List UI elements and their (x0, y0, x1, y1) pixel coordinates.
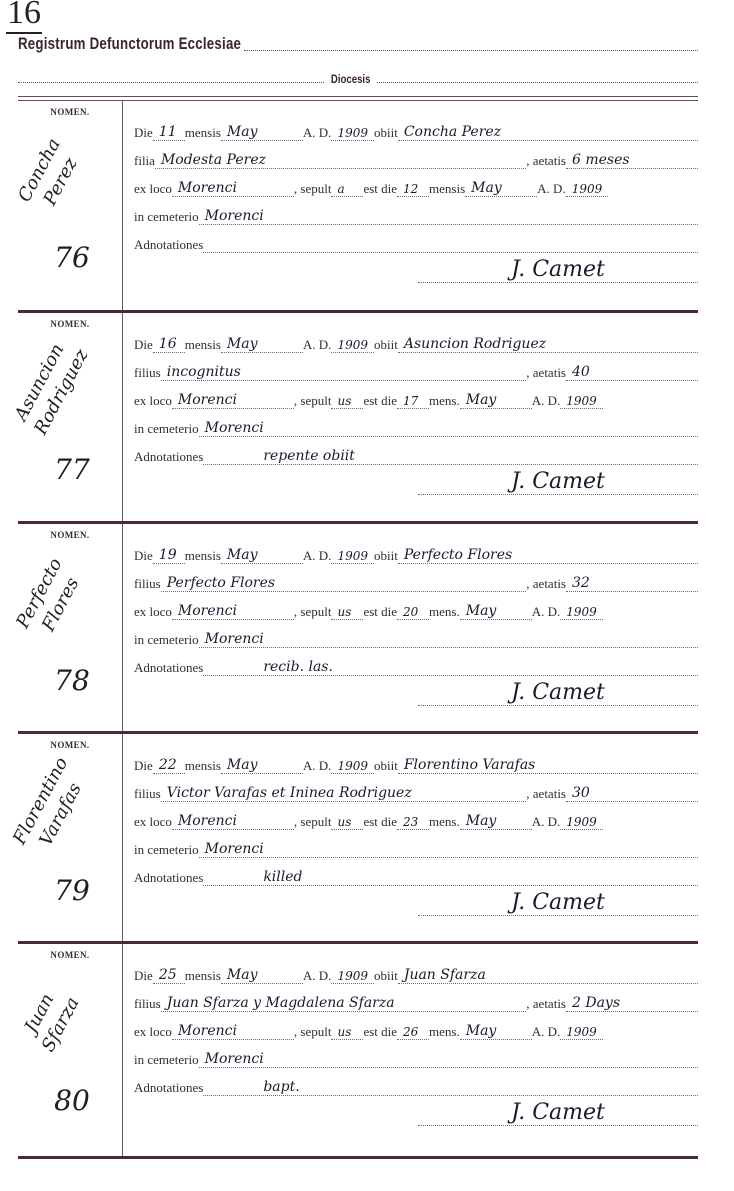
sepult-suffix: us (331, 815, 363, 830)
entry-number: 76 (32, 241, 112, 274)
relation-label: filius (134, 996, 161, 1012)
nomen-column: NOMEN. Juan Sfarza 80 (18, 944, 123, 1156)
nomen-label: NOMEN. (18, 530, 122, 540)
burial-mens-label: mens. (429, 814, 460, 830)
parents-value: Perfecto Flores (161, 575, 527, 592)
signature-row: J. Camet (134, 676, 698, 706)
cemetery-line: in cemeterio Morenci (134, 1040, 698, 1068)
burial-mens-label: mensis (429, 181, 465, 197)
priest-signature: J. Camet (418, 680, 698, 706)
place-value: Morenci (172, 392, 294, 409)
sepult-suffix: a (331, 182, 363, 197)
margin-name: Perfecto Flores (8, 548, 93, 650)
nomen-label: NOMEN. (18, 740, 122, 750)
burial-month-value: May (460, 603, 532, 620)
place-value: Morenci (172, 813, 294, 830)
death-date-line: Die 11 mensis May A. D. 1909 obiit Conch… (134, 113, 698, 141)
signature-row: J. Camet (134, 253, 698, 283)
entry-number: 80 (32, 1084, 112, 1117)
adnotationes-label: Adnotationes (134, 1080, 203, 1096)
signature-row: J. Camet (134, 465, 698, 495)
entry-form: Die 25 mensis May A. D. 1909 obiit Juan … (134, 956, 698, 1126)
burial-day-value: 17 (397, 394, 429, 409)
mensis-label: mensis (185, 758, 221, 774)
cemeterio-label: in cemeterio (134, 209, 199, 225)
parents-line: filius Victor Varafas et Ininea Rodrigue… (134, 774, 698, 802)
obiit-label: obiit (374, 125, 398, 141)
die-label: Die (134, 758, 153, 774)
burial-month-value: May (460, 813, 532, 830)
cemetery-value: Morenci (199, 420, 698, 437)
parents-value: Juan Sfarza y Magdalena Sfarza (161, 995, 527, 1012)
margin-name: Juan Sfarza (8, 968, 93, 1070)
mensis-label: mensis (185, 548, 221, 564)
burial-ad-label: A. D. (532, 604, 561, 620)
adnotationes-label: Adnotationes (134, 449, 203, 465)
annotations-value: recib. las. (203, 659, 698, 676)
entry-form: Die 16 mensis May A. D. 1909 obiit Asunc… (134, 325, 698, 495)
burial-ad-label: A. D. (537, 181, 566, 197)
burial-day-value: 12 (397, 182, 429, 197)
sepult-label: , sepult (294, 604, 332, 620)
death-day-value: 16 (153, 336, 185, 353)
priest-signature: J. Camet (418, 257, 698, 283)
die-label: Die (134, 125, 153, 141)
parents-value: incognitus (161, 364, 527, 381)
parents-value: Victor Varafas et Ininea Rodriguez (161, 785, 527, 802)
est-die-label: est die (363, 393, 397, 409)
age-value: 32 (566, 575, 698, 592)
mensis-label: mensis (185, 337, 221, 353)
annotations-line: Adnotationes repente obiit (134, 437, 698, 465)
burial-day-value: 20 (397, 605, 429, 620)
parents-value: Modesta Perez (155, 152, 526, 169)
relation-label: filius (134, 786, 161, 802)
burial-month-value: May (460, 1023, 532, 1040)
place-value: Morenci (172, 603, 294, 620)
priest-signature: J. Camet (418, 469, 698, 495)
mensis-label: mensis (185, 968, 221, 984)
nomen-column: NOMEN. Perfecto Flores 78 (18, 524, 123, 731)
death-entry: NOMEN. Perfecto Flores 78 Die 19 mensis … (18, 524, 698, 734)
cemetery-line: in cemeterio Morenci (134, 197, 698, 225)
entry-number: 78 (32, 664, 112, 697)
ad-label: A. D. (303, 337, 332, 353)
death-month-value: May (221, 547, 303, 564)
diocese-row: Diocesis (18, 72, 698, 86)
parents-line: filius Perfecto Flores , aetatis 32 (134, 564, 698, 592)
signature-row: J. Camet (134, 1096, 698, 1126)
deceased-name-value: Asuncion Rodriguez (398, 336, 698, 353)
ad-label: A. D. (303, 758, 332, 774)
relation-label: filius (134, 365, 161, 381)
aetatis-label: , aetatis (526, 153, 566, 169)
burial-year-value: 1909 (560, 815, 603, 830)
parents-line: filia Modesta Perez , aetatis 6 meses (134, 141, 698, 169)
death-year-value: 1909 (331, 549, 374, 564)
burial-ad-label: A. D. (532, 1024, 561, 1040)
burial-ad-label: A. D. (532, 393, 561, 409)
ex-loco-label: ex loco (134, 604, 172, 620)
death-entry: NOMEN. Florentino Varafas 79 Die 22 mens… (18, 734, 698, 944)
burial-year-value: 1909 (566, 182, 609, 197)
nomen-column: NOMEN. Florentino Varafas 79 (18, 734, 123, 941)
burial-mens-label: mens. (429, 393, 460, 409)
death-date-line: Die 16 mensis May A. D. 1909 obiit Asunc… (134, 325, 698, 353)
obiit-label: obiit (374, 548, 398, 564)
est-die-label: est die (363, 604, 397, 620)
obiit-label: obiit (374, 337, 398, 353)
cemeterio-label: in cemeterio (134, 842, 199, 858)
sepult-suffix: us (331, 1025, 363, 1040)
cemetery-value: Morenci (199, 208, 698, 225)
annotations-line: Adnotationes bapt. (134, 1068, 698, 1096)
death-date-line: Die 25 mensis May A. D. 1909 obiit Juan … (134, 956, 698, 984)
burial-month-value: May (465, 180, 537, 197)
entry-divider (18, 1156, 698, 1159)
relation-label: filius (134, 576, 161, 592)
death-entry: NOMEN. Concha Perez 76 Die 11 mensis May… (18, 101, 698, 313)
death-entry: NOMEN. Asuncion Rodriguez 77 Die 16 mens… (18, 313, 698, 524)
place-value: Morenci (172, 180, 294, 197)
est-die-label: est die (363, 814, 397, 830)
sepult-label: , sepult (294, 181, 332, 197)
burial-ad-label: A. D. (532, 814, 561, 830)
deceased-name-value: Perfecto Flores (398, 547, 698, 564)
page-number: 16 (6, 0, 42, 34)
cemeterio-label: in cemeterio (134, 632, 199, 648)
burial-day-value: 23 (397, 815, 429, 830)
cemetery-value: Morenci (199, 841, 698, 858)
burial-line: ex loco Morenci , sepult us est die 20 m… (134, 592, 698, 620)
death-year-value: 1909 (331, 338, 374, 353)
ex-loco-label: ex loco (134, 1024, 172, 1040)
place-value: Morenci (172, 1023, 294, 1040)
deceased-name-value: Juan Sfarza (398, 967, 698, 984)
annotations-value (203, 252, 698, 253)
ad-label: A. D. (303, 125, 332, 141)
annotations-value: repente obiit (203, 448, 698, 465)
priest-signature: J. Camet (418, 890, 698, 916)
nomen-column: NOMEN. Asuncion Rodriguez 77 (18, 313, 123, 521)
death-year-value: 1909 (331, 759, 374, 774)
diocese-field-trail (377, 82, 698, 83)
death-month-value: May (221, 757, 303, 774)
death-date-line: Die 19 mensis May A. D. 1909 obiit Perfe… (134, 536, 698, 564)
est-die-label: est die (363, 1024, 397, 1040)
burial-year-value: 1909 (560, 394, 603, 409)
die-label: Die (134, 548, 153, 564)
die-label: Die (134, 968, 153, 984)
sepult-label: , sepult (294, 393, 332, 409)
cemeterio-label: in cemeterio (134, 1052, 199, 1068)
adnotationes-label: Adnotationes (134, 660, 203, 676)
est-die-label: est die (363, 181, 397, 197)
register-title-row: Registrum Defunctorum Ecclesiae (18, 34, 698, 54)
sepult-label: , sepult (294, 1024, 332, 1040)
death-month-value: May (221, 967, 303, 984)
aetatis-label: , aetatis (526, 365, 566, 381)
annotations-line: Adnotationes (134, 225, 698, 253)
burial-line: ex loco Morenci , sepult us est die 17 m… (134, 381, 698, 409)
diocese-field (18, 82, 324, 83)
burial-year-value: 1909 (560, 605, 603, 620)
ad-label: A. D. (303, 548, 332, 564)
ad-label: A. D. (303, 968, 332, 984)
death-month-value: May (221, 336, 303, 353)
margin-name: Asuncion Rodriguez (8, 337, 93, 439)
nomen-label: NOMEN. (18, 319, 122, 329)
ex-loco-label: ex loco (134, 393, 172, 409)
cemetery-value: Morenci (199, 631, 698, 648)
annotations-value: bapt. (203, 1079, 698, 1096)
sepult-suffix: us (331, 394, 363, 409)
cemetery-value: Morenci (199, 1051, 698, 1068)
obiit-label: obiit (374, 758, 398, 774)
cemetery-line: in cemeterio Morenci (134, 409, 698, 437)
aetatis-label: , aetatis (526, 996, 566, 1012)
age-value: 6 meses (566, 152, 698, 169)
burial-month-value: May (460, 392, 532, 409)
church-name-field (244, 49, 698, 51)
die-label: Die (134, 337, 153, 353)
parents-line: filius Juan Sfarza y Magdalena Sfarza , … (134, 984, 698, 1012)
diocese-label: Diocesis (329, 72, 372, 86)
age-value: 30 (566, 785, 698, 802)
burial-year-value: 1909 (560, 1025, 603, 1040)
ex-loco-label: ex loco (134, 181, 172, 197)
death-entry: NOMEN. Juan Sfarza 80 Die 25 mensis May … (18, 944, 698, 1159)
deceased-name-value: Florentino Varafas (398, 757, 698, 774)
cemetery-line: in cemeterio Morenci (134, 620, 698, 648)
burial-line: ex loco Morenci , sepult us est die 26 m… (134, 1012, 698, 1040)
death-day-value: 19 (153, 547, 185, 564)
margin-name: Florentino Varafas (8, 758, 93, 860)
sepult-suffix: us (331, 605, 363, 620)
entry-number: 77 (32, 453, 112, 486)
death-year-value: 1909 (331, 969, 374, 984)
aetatis-label: , aetatis (526, 786, 566, 802)
annotations-line: Adnotationes killed (134, 858, 698, 886)
death-month-value: May (221, 124, 303, 141)
burial-mens-label: mens. (429, 604, 460, 620)
burial-line: ex loco Morenci , sepult a est die 12 me… (134, 169, 698, 197)
death-day-value: 25 (153, 967, 185, 984)
annotations-line: Adnotationes recib. las. (134, 648, 698, 676)
burial-line: ex loco Morenci , sepult us est die 23 m… (134, 802, 698, 830)
entry-form: Die 19 mensis May A. D. 1909 obiit Perfe… (134, 536, 698, 706)
burial-mens-label: mens. (429, 1024, 460, 1040)
priest-signature: J. Camet (418, 1100, 698, 1126)
cemetery-line: in cemeterio Morenci (134, 830, 698, 858)
annotations-value: killed (203, 869, 698, 886)
age-value: 2 Days (566, 995, 698, 1012)
aetatis-label: , aetatis (526, 576, 566, 592)
register-title: Registrum Defunctorum Ecclesiae (18, 34, 241, 54)
age-value: 40 (566, 364, 698, 381)
death-date-line: Die 22 mensis May A. D. 1909 obiit Flore… (134, 746, 698, 774)
margin-name: Concha Perez (8, 125, 93, 227)
nomen-label: NOMEN. (18, 950, 122, 960)
sepult-label: , sepult (294, 814, 332, 830)
mensis-label: mensis (185, 125, 221, 141)
death-day-value: 22 (153, 757, 185, 774)
obiit-label: obiit (374, 968, 398, 984)
adnotationes-label: Adnotationes (134, 237, 203, 253)
cemeterio-label: in cemeterio (134, 421, 199, 437)
entry-number: 79 (32, 874, 112, 907)
ex-loco-label: ex loco (134, 814, 172, 830)
entry-form: Die 22 mensis May A. D. 1909 obiit Flore… (134, 746, 698, 916)
death-day-value: 11 (153, 124, 185, 141)
nomen-label: NOMEN. (18, 107, 122, 117)
deceased-name-value: Concha Perez (398, 124, 698, 141)
parents-line: filius incognitus , aetatis 40 (134, 353, 698, 381)
burial-day-value: 26 (397, 1025, 429, 1040)
death-year-value: 1909 (331, 126, 374, 141)
nomen-column: NOMEN. Concha Perez 76 (18, 101, 123, 310)
entry-form: Die 11 mensis May A. D. 1909 obiit Conch… (134, 113, 698, 283)
signature-row: J. Camet (134, 886, 698, 916)
adnotationes-label: Adnotationes (134, 870, 203, 886)
relation-label: filia (134, 153, 155, 169)
